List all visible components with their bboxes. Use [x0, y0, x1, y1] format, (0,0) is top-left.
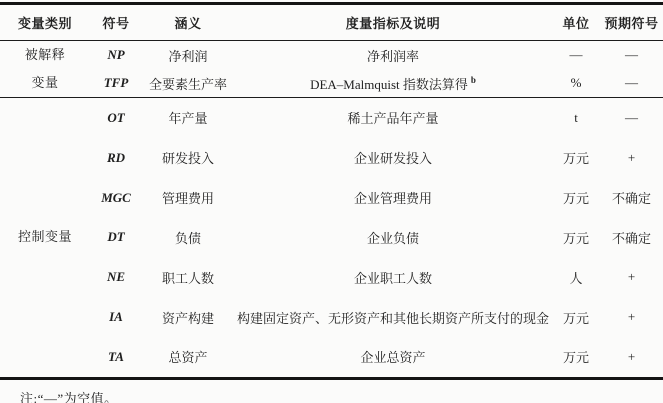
cell-meaning: 净利润	[142, 41, 234, 70]
cell-symbol: DT	[90, 218, 142, 258]
cell-measure: 企业管理费用	[234, 178, 552, 218]
cell-symbol: TA	[90, 337, 142, 378]
table-row: TA总资产企业总资产万元+	[0, 337, 663, 378]
cell-unit: —	[552, 41, 600, 70]
cell-measure: 稀土产品年产量	[234, 98, 552, 138]
category-cell: 被解释变量	[0, 41, 90, 98]
cell-symbol: IA	[90, 297, 142, 337]
column-header-unit: 单位	[552, 4, 600, 41]
cell-expected: +	[600, 297, 663, 337]
table-row: 被解释变量NP净利润净利润率——	[0, 41, 663, 70]
cell-meaning: 总资产	[142, 337, 234, 378]
cell-expected: +	[600, 138, 663, 178]
column-header-measure: 度量指标及说明	[234, 4, 552, 41]
table-row: 控制变量OT年产量稀土产品年产量t—	[0, 98, 663, 138]
cell-symbol: NP	[90, 41, 142, 70]
cell-unit: t	[552, 98, 600, 138]
cell-unit: 万元	[552, 297, 600, 337]
category-cell: 控制变量	[0, 98, 90, 379]
footnote-marker: b	[471, 75, 476, 85]
cell-unit: 万元	[552, 218, 600, 258]
cell-unit: 万元	[552, 337, 600, 378]
cell-measure: 净利润率	[234, 41, 552, 70]
cell-expected: +	[600, 337, 663, 378]
cell-symbol: OT	[90, 98, 142, 138]
cell-meaning: 研发投入	[142, 138, 234, 178]
cell-meaning: 负债	[142, 218, 234, 258]
table-row: DT负债企业负债万元不确定	[0, 218, 663, 258]
table-footnote: 注:“—”为空值。	[20, 388, 663, 403]
cell-unit: %	[552, 69, 600, 98]
cell-symbol: TFP	[90, 69, 142, 98]
table-row: MGC管理费用企业管理费用万元不确定	[0, 178, 663, 218]
cell-expected: —	[600, 41, 663, 70]
category-label: 变量	[31, 75, 58, 90]
table-row: NE职工人数企业职工人数人+	[0, 257, 663, 297]
cell-measure: DEA–Malmquist 指数法算得b	[234, 69, 552, 98]
category-label: 被解释	[25, 47, 66, 62]
cell-meaning: 全要素生产率	[142, 69, 234, 98]
column-header-expected-sign: 预期符号	[600, 4, 663, 41]
table-row: IA资产构建构建固定资产、无形资产和其他长期资产所支付的现金万元+	[0, 297, 663, 337]
cell-meaning: 职工人数	[142, 257, 234, 297]
column-header-meaning: 涵义	[142, 4, 234, 41]
cell-expected: —	[600, 69, 663, 98]
table-body: 被解释变量NP净利润净利润率——TFP全要素生产率DEA–Malmquist 指…	[0, 41, 663, 379]
header-row: 变量类别 符号 涵义 度量指标及说明 单位 预期符号	[0, 4, 663, 41]
cell-expected: 不确定	[600, 218, 663, 258]
cell-symbol: MGC	[90, 178, 142, 218]
cell-unit: 万元	[552, 138, 600, 178]
paper-table-page: 变量类别 符号 涵义 度量指标及说明 单位 预期符号 被解释变量NP净利润净利润…	[0, 0, 663, 403]
column-header-symbol: 符号	[90, 4, 142, 41]
cell-unit: 人	[552, 257, 600, 297]
variables-definition-table: 变量类别 符号 涵义 度量指标及说明 单位 预期符号 被解释变量NP净利润净利润…	[0, 2, 663, 380]
cell-measure: 构建固定资产、无形资产和其他长期资产所支付的现金	[234, 297, 552, 337]
cell-symbol: RD	[90, 138, 142, 178]
cell-measure: 企业职工人数	[234, 257, 552, 297]
cell-symbol: NE	[90, 257, 142, 297]
cell-measure: 企业总资产	[234, 337, 552, 378]
table-row: TFP全要素生产率DEA–Malmquist 指数法算得b%—	[0, 69, 663, 98]
cell-unit: 万元	[552, 178, 600, 218]
cell-meaning: 管理费用	[142, 178, 234, 218]
cell-measure: 企业研发投入	[234, 138, 552, 178]
category-label: 控制变量	[18, 229, 72, 244]
cell-measure: 企业负债	[234, 218, 552, 258]
table-header: 变量类别 符号 涵义 度量指标及说明 单位 预期符号	[0, 4, 663, 41]
cell-meaning: 资产构建	[142, 297, 234, 337]
cell-expected: 不确定	[600, 178, 663, 218]
column-header-category: 变量类别	[0, 4, 90, 41]
table-row: RD研发投入企业研发投入万元+	[0, 138, 663, 178]
cell-expected: —	[600, 98, 663, 138]
cell-meaning: 年产量	[142, 98, 234, 138]
cell-expected: +	[600, 257, 663, 297]
